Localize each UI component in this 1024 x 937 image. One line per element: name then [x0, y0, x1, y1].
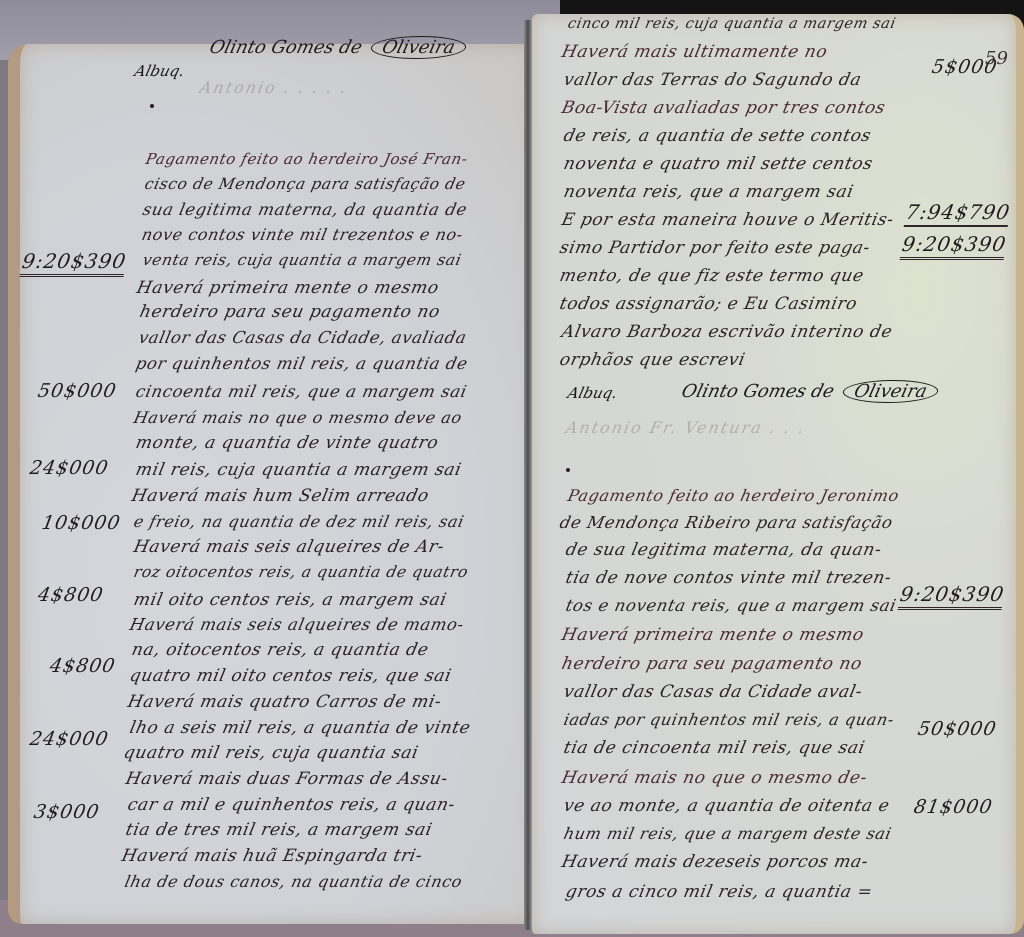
- right-margin-amount-total: 9:20$390: [900, 232, 1009, 260]
- left-line-25: car a mil e quinhentos reis, a quan-: [126, 795, 457, 815]
- signature-surname-oval: Oliveira: [369, 36, 469, 59]
- right-line-0: cinco mil reis, cuja quantia a margem sa…: [566, 16, 897, 32]
- left-margin-amount-total: 9:20$390: [20, 249, 129, 277]
- left-margin-amount: 50$000: [36, 380, 118, 402]
- left-margin-amount: 24$000: [28, 457, 110, 479]
- right-entry-line-3: tia de nove contos vinte mil trezen-: [564, 568, 894, 588]
- left-line-0: Pagamento feito ao herdeiro José Fran-: [144, 150, 470, 168]
- right-margin-amount-subtotal: 7:94$790: [904, 200, 1013, 227]
- right-margin-amount: 50$000: [916, 718, 998, 740]
- right-line-10: todos assignarão; e Eu Casimiro: [558, 294, 859, 314]
- right-margin-amount-total: 9:20$390: [898, 582, 1007, 610]
- book-gutter: [524, 20, 532, 930]
- right-line-9: mento, de que fiz este termo que: [558, 266, 866, 286]
- right-entry-line-14: gros a cinco mil reis, a quantia =: [564, 882, 875, 902]
- right-line-6: noventa reis, que a margem sai: [562, 182, 856, 202]
- signature-name: Olinto Gomes de: [207, 37, 364, 58]
- left-line-23: quatro mil reis, cuja quantia sai: [122, 743, 420, 763]
- right-initials-signature: Albuq.: [566, 384, 620, 402]
- left-line-15: Haverá mais seis alqueires de Ar-: [132, 537, 446, 557]
- right-line-12: orphãos que escrevi: [558, 350, 747, 370]
- right-line-3: Boa-Vista avaliadas por tres contos: [560, 98, 887, 118]
- left-line-22: lho a seis mil reis, a quantia de vinte: [128, 718, 473, 738]
- right-entry-line-11: ve ao monte, a quantia de oitenta e: [562, 796, 892, 816]
- right-entry-line-0: Pagamento feito ao herdeiro Jeronimo: [566, 486, 901, 505]
- right-line-7: E por esta maneira houve o Meritis-: [560, 210, 896, 230]
- left-line-7: vallor das Casas da Cidade, avaliada: [137, 328, 469, 347]
- left-line-24: Haverá mais duas Formas de Assu-: [124, 769, 450, 789]
- left-line-14: e freio, na quantia de dez mil reis, sai: [132, 512, 466, 531]
- right-line-1: Haverá mais ultimamente no: [560, 42, 829, 62]
- left-line-17: mil oito centos reis, a margem sai: [132, 590, 449, 610]
- right-entry-line-6: herdeiro para seu pagamento no: [560, 654, 864, 674]
- left-line-1: cisco de Mendonça para satisfação de: [143, 175, 467, 193]
- right-entry-line-4: tos e noventa reis, que a margem sai: [564, 596, 898, 615]
- left-header-signature: Olinto Gomes de Oliveira: [207, 36, 468, 59]
- right-entry-line-2: de sua legitima materna, da quan-: [564, 540, 884, 560]
- left-line-9: cincoenta mil reis, que a margem sai: [134, 382, 469, 401]
- right-line-8: simo Partidor por feito este paga-: [558, 238, 872, 258]
- right-entry-line-9: tia de cincoenta mil reis, que sai: [562, 738, 867, 758]
- left-initials-signature: Albuq.: [133, 62, 187, 80]
- right-entry-line-1: de Mendonça Ribeiro para satisfação: [558, 513, 895, 532]
- left-line-12: mil reis, cuja quantia a margem sai: [134, 460, 464, 480]
- ink-dot: [566, 468, 570, 472]
- signature-surname-oval: Oliveira: [841, 380, 941, 403]
- left-margin-amount: 24$000: [28, 728, 110, 750]
- right-line-11: Alvaro Barboza escrivão interino de: [560, 322, 894, 342]
- right-margin-amount: 81$000: [912, 796, 994, 818]
- left-line-13: Haverá mais hum Selim arreado: [130, 486, 431, 506]
- left-line-8: por quinhentos mil reis, a quantia de: [134, 354, 470, 373]
- left-line-6: herdeiro para seu pagamento no: [138, 302, 442, 322]
- right-entry-line-7: vallor das Casas da Cidade aval-: [562, 682, 864, 702]
- left-line-18: Haverá mais seis alqueires de mamo-: [128, 615, 466, 634]
- right-entry-line-5: Haverá primeira mente o mesmo: [560, 625, 866, 645]
- left-margin-amount: 4$800: [36, 584, 105, 606]
- right-signature: Olinto Gomes de Oliveira: [679, 380, 940, 403]
- left-line-4: venta reis, cuja quantia a margem sai: [141, 251, 463, 269]
- right-margin-amount: 5$000: [930, 56, 999, 78]
- right-line-2: vallor das Terras do Sagundo da: [562, 70, 864, 90]
- left-line-10: Haverá mais no que o mesmo deve ao: [132, 408, 464, 427]
- left-line-2: sua legitima materna, da quantia de: [141, 200, 469, 219]
- left-line-16: roz oitocentos reis, a quantia de quatro: [132, 563, 470, 581]
- left-line-21: Haverá mais quatro Carros de mi-: [126, 692, 444, 712]
- left-line-3: nove contos vinte mil trezentos e no-: [140, 225, 465, 244]
- signature-name: Olinto Gomes de: [679, 381, 836, 402]
- left-line-27: Haverá mais huã Espingarda tri-: [120, 846, 425, 866]
- right-line-4: de reis, a quantia de sette contos: [562, 126, 873, 146]
- left-line-20: quatro mil oito centos reis, que sai: [128, 666, 453, 686]
- left-faded-line: Antonio . . . . .: [198, 78, 350, 97]
- right-line-5: noventa e quatro mil sette centos: [562, 154, 875, 174]
- left-margin-amount: 4$800: [48, 655, 117, 677]
- right-entry-line-8: iadas por quinhentos mil reis, a quan-: [562, 710, 896, 729]
- right-entry-line-13: Haverá mais dezeseis porcos ma-: [560, 852, 870, 872]
- right-entry-line-10: Haverá mais no que o mesmo de-: [560, 768, 869, 788]
- left-line-11: monte, a quantia de vinte quatro: [134, 433, 441, 453]
- left-line-5: Haverá primeira mente o mesmo: [135, 278, 441, 298]
- ink-dot: [150, 104, 154, 108]
- left-line-19: na, oitocentos reis, a quantia de: [130, 640, 431, 660]
- left-line-26: tia de tres mil reis, a margem sai: [124, 820, 434, 840]
- left-line-28: lha de dous canos, na quantia de cinco: [123, 872, 464, 891]
- left-margin-amount: 3$000: [32, 801, 101, 823]
- right-faded-line: Antonio Fr. Ventura . . .: [564, 418, 808, 437]
- left-margin-amount: 10$000: [40, 512, 122, 534]
- right-entry-line-12: hum mil reis, que a margem deste sai: [562, 824, 893, 843]
